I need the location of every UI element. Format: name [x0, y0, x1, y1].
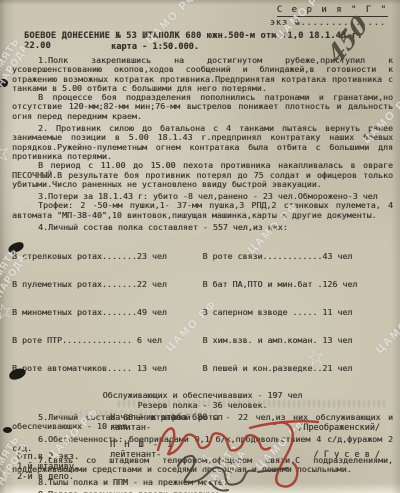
signature-preobrazhensky — [158, 421, 318, 486]
distribution-line: 1-й штадиву. — [17, 462, 79, 472]
distribution-note: Отп.в 2 экз. 1-й штадиву. 2-й в дело. — [17, 452, 79, 482]
star-watermark-icon: ☆ — [0, 451, 12, 492]
signer-1-rank: капитан- — [110, 424, 151, 434]
paragraph-2: 2. Противник силою до батальона с 4 танк… — [12, 124, 393, 161]
bleed-through — [118, 400, 386, 407]
personnel-row: В пулеметных ротах.......22 чел — [12, 280, 203, 289]
personnel-row: В роте связи............43 чел — [203, 252, 394, 261]
series-label: С е р и я " Г " — [277, 5, 388, 17]
personnel-row: В хим.взв. и амп.коман. 13 чел — [203, 336, 394, 345]
paragraph-1b: В процессе боя подразделения пополнились… — [12, 93, 393, 121]
personnel-heading: 4.Личный состав полка составляет - 557 ч… — [12, 223, 393, 232]
paragraph-1: 1.Полк закрепившись на достигнутом рубеж… — [12, 56, 393, 93]
signature-ink-overlay — [150, 408, 350, 493]
personnel-row: В роте ПТР.............. 6 чел — [12, 336, 203, 345]
personnel-right-column: В роте связи............43 чел В бат ПА,… — [203, 233, 394, 391]
map-scale: карта - 1:50.000. — [0, 42, 310, 52]
personnel-row: В пешей и кон.разведке..21 чел — [203, 364, 394, 373]
paragraph-3b: Трофеи: 2 -50-мм пушки,1- 37-мм пушка,3 … — [12, 201, 393, 220]
personnel-row: В бат ПА,ПТО и мин.бат .126 чел — [203, 280, 394, 289]
distribution-line: Отп.в 2 экз. — [17, 452, 79, 462]
signature-gusev — [178, 456, 288, 491]
personnel-row: В роте автоматчиков..... 13 чел — [12, 364, 203, 373]
personnel-row: В саперном взводе ..... 11 чел — [203, 308, 394, 317]
personnel-row: В минометных ротах.......49 чел — [12, 308, 203, 317]
document-page: ЦАМО РФ ЦАМО РФ ЦАМО РФ ЦАМО РФ ЦАМО РФ … — [0, 0, 400, 493]
ink-blot — [3, 427, 12, 433]
personnel-row: В стрелковых ротах.......23 чел — [12, 252, 203, 261]
distribution-line: 2-й в дело. — [17, 472, 79, 482]
personnel-table: В стрелковых ротах.......23 чел В пулеме… — [12, 233, 393, 391]
paragraph-2b: В период с 11.00 до 15.00 пехота противн… — [12, 161, 393, 189]
personnel-left-column: В стрелковых ротах.......23 чел В пулеме… — [12, 233, 203, 391]
ink-blot — [0, 79, 8, 87]
